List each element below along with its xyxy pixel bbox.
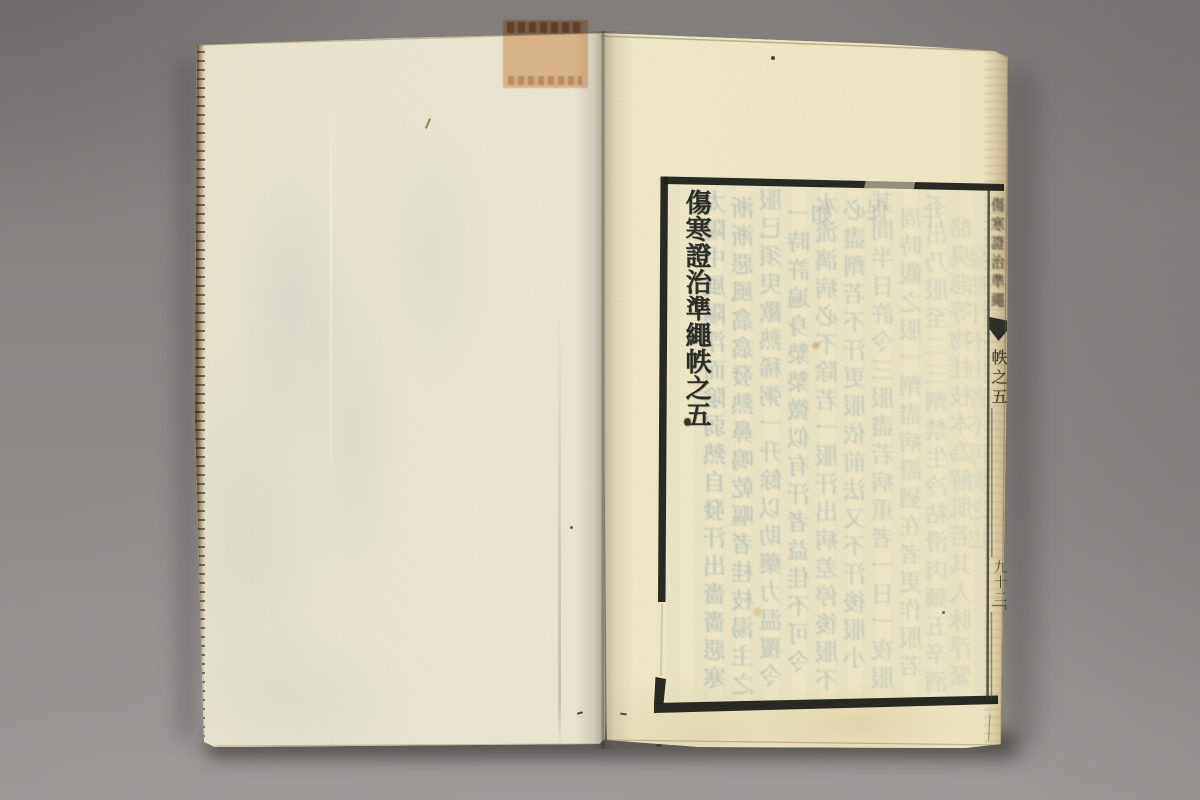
foreedge-fold-line-below-frame: [989, 714, 991, 741]
foreedge-page-number: 九十二: [991, 560, 1005, 605]
frame-left-border-lower: [654, 677, 666, 704]
watermark-text-row: [508, 76, 582, 85]
frame-top-border: [664, 177, 1004, 192]
library-watermark: [503, 20, 588, 88]
watermark-text-row: [507, 22, 583, 33]
title-column: 傷寒證治準繩帙之五: [683, 189, 709, 428]
frame-left-border-gap-trace: [660, 604, 663, 676]
photo-of-open-book: 太陽中風陽浮而隂弱熱自發汗出嗇嗇惡寒 淅淅惡風翕翕發熱鼻鳴乾嘔者桂枝湯主之 服已…: [0, 0, 1200, 800]
foreedge-bracket: [992, 606, 1006, 611]
paper-stain: [812, 342, 819, 349]
paper-speck: [771, 56, 775, 60]
fishtail-mark: [990, 317, 1008, 341]
foreedge-running-title: 傷寒證治準繩: [990, 197, 1003, 311]
paper-stain: [753, 608, 762, 616]
paper-repair-patch: [864, 175, 916, 192]
page-bottom-edge-right: [607, 740, 1000, 745]
paper-fiber: [656, 744, 662, 747]
title-dot-mark: [684, 418, 691, 426]
paper-speck: [570, 526, 573, 529]
woodblock-frame: [0, 0, 1200, 800]
paper-speck: [942, 611, 945, 614]
page-top-edge-right: [601, 36, 1008, 58]
frame-bottom-border: [654, 696, 998, 714]
foreedge-volume-label: 帙之五: [990, 349, 1006, 408]
page-bottom-edge-left: [215, 744, 598, 746]
frame-left-border-upper: [658, 177, 668, 603]
